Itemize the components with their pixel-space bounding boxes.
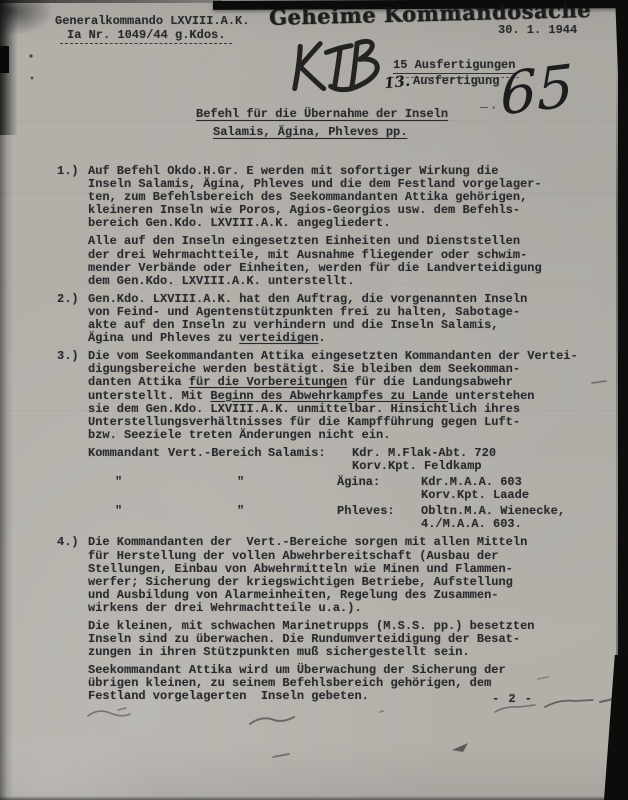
text-line: wirkens der drei Wehrmachtteile u.a.). bbox=[88, 602, 572, 615]
commander-name: Korv.Kpt. Laade bbox=[421, 489, 572, 502]
text-run: für die Vorbereitungen bbox=[189, 375, 347, 389]
table-cell: " bbox=[88, 505, 195, 531]
paragraph: 2.)Gen.Kdo. LXVIII.A.K. hat den Auftrag,… bbox=[57, 293, 572, 345]
paragraph: 3.)Die vom Seekommandanten Attika einges… bbox=[57, 350, 572, 531]
page-number: - 2 - bbox=[492, 693, 533, 706]
scan-edge-right-bottom bbox=[604, 655, 628, 800]
text-run: Gen.Kdo. LXVIII.A.K. hat den Auftrag, di… bbox=[88, 292, 527, 306]
scan-edge-right-top bbox=[611, 0, 628, 92]
archive-number-handwritten: 65 bbox=[500, 51, 574, 128]
text-block: Die vom Seekommandanten Attika eingesetz… bbox=[88, 350, 572, 442]
text-block: Die kleinen, mit schwachen Marinetrupps … bbox=[88, 620, 572, 659]
table-cell: " bbox=[88, 476, 195, 502]
paragraph-number: 4.) bbox=[57, 536, 79, 549]
table-cell: " bbox=[195, 476, 337, 502]
paper-crease bbox=[0, 410, 628, 413]
text-run: verteidigen bbox=[239, 331, 318, 345]
text-run: werfer; Sicherung der kriegswichtigen Be… bbox=[88, 575, 513, 589]
table-cell: Ägina: bbox=[337, 476, 421, 502]
file-reference: Ia Nr. 1049/44 g.Kdos. bbox=[60, 29, 232, 44]
text-line: bzw. Seeziele treten Änderungen nicht ei… bbox=[88, 429, 572, 442]
paragraph-number: 1.) bbox=[57, 165, 79, 178]
commander-table: KommandantVert.-BereichSalamis:Kdr. M.Fl… bbox=[88, 447, 572, 532]
text-run: Festland vorgelagerten Inseln gebeten. bbox=[88, 689, 369, 703]
text-run: Ägina und Phleves zu bbox=[88, 331, 239, 345]
text-run: danten Attika bbox=[88, 375, 189, 389]
text-block: Auf Befehl Okdo.H.Gr. E werden mit sofor… bbox=[88, 165, 572, 230]
table-cell: Phleves: bbox=[337, 505, 421, 531]
text-run: Beginn des Abwehrkampfes zu Lande bbox=[210, 389, 448, 403]
text-run: Die kleinen, mit schwachen Marinetrupps … bbox=[88, 619, 534, 633]
copies-count-line: 15 Ausfertigungen bbox=[393, 59, 515, 74]
text-run: Stellungen, Einbau von Abwehrmitteln wie… bbox=[88, 562, 513, 576]
text-block: Die Kommandanten der Vert.-Bereiche sorg… bbox=[88, 536, 572, 615]
text-run: akte auf den Inseln zu verhindern und di… bbox=[88, 318, 498, 332]
paragraph: 4.)Die Kommandanten der Vert.-Bereiche s… bbox=[57, 536, 572, 703]
commander-name: Korv.Kpt. Feldkamp bbox=[352, 460, 572, 473]
text-run: Alle auf den Inseln eingesetzten Einheit… bbox=[88, 234, 520, 248]
text-line: Ägina und Phleves zu verteidigen. bbox=[88, 332, 572, 345]
table-cell: " bbox=[195, 505, 337, 531]
scanned-document-page: Generalkommando LXVIII.A.K. Ia Nr. 1049/… bbox=[0, 0, 628, 800]
text-run: Die Kommandanten der Vert.-Bereiche sorg… bbox=[88, 535, 527, 549]
document-body: 1.)Auf Befehl Okdo.H.Gr. E werden mit so… bbox=[57, 165, 572, 704]
text-run: der drei Wehrmachtteile, mit Ausnahme fl… bbox=[88, 248, 527, 262]
scan-notch bbox=[0, 46, 9, 73]
table-cell: Kdr.M.A.A. 603Korv.Kpt. Laade bbox=[421, 476, 572, 502]
text-run: und Ausbildung von Alarmeinheiten, Regel… bbox=[88, 588, 498, 602]
commander-row: ""Ägina:Kdr.M.A.A. 603Korv.Kpt. Laade bbox=[88, 476, 572, 502]
text-run: wirkens der drei Wehrmachtteile u.a.). bbox=[88, 601, 362, 615]
text-block: Alle auf den Inseln eingesetzten Einheit… bbox=[88, 235, 572, 287]
order-title-line2: Salamis, Ägina, Phleves pp. bbox=[213, 126, 407, 139]
scan-edge-bottom bbox=[0, 796, 628, 800]
text-run: bereich Gen.Kdo. LXVIII.A.K. angeglieder… bbox=[88, 216, 390, 230]
text-run: zungen in ihren Stützpunkten muß sicherg… bbox=[88, 645, 470, 659]
table-cell: Kdr. M.Flak-Abt. 720Korv.Kpt. Feldkamp bbox=[352, 447, 572, 473]
text-run: unterstellt. Mit bbox=[88, 389, 210, 403]
text-run: unterstehen bbox=[448, 389, 534, 403]
text-run: für die Landungsabwehr bbox=[347, 375, 513, 389]
text-run: für Herstellung der vollen Abwehrbereits… bbox=[88, 549, 498, 563]
issuing-unit: Generalkommando LXVIII.A.K. bbox=[55, 15, 249, 28]
text-run: Unterstellungsverhältnisses für die Kamp… bbox=[88, 415, 520, 429]
copy-word: Ausfertigung bbox=[413, 75, 499, 88]
table-cell: Kommandant bbox=[88, 447, 168, 473]
paper-stain bbox=[0, 725, 160, 800]
commander-row: ""Phleves:Obltn.M.A. Wienecke,4./M.A.A. … bbox=[88, 505, 572, 531]
paragraph: 1.)Auf Befehl Okdo.H.Gr. E werden mit so… bbox=[57, 165, 572, 288]
archive-dash-mark: —· bbox=[480, 100, 500, 115]
text-run: von Feind- und Agentenstützpunkten frei … bbox=[88, 305, 520, 319]
text-run: mender Verbände oder Einheiten, werden f… bbox=[88, 261, 542, 275]
paragraph-number: 2.) bbox=[57, 293, 79, 306]
table-cell: Obltn.M.A. Wienecke,4./M.A.A. 603. bbox=[421, 505, 572, 531]
commander-unit: Kdr. M.Flak-Abt. 720 bbox=[352, 447, 572, 460]
paper-crease bbox=[0, 284, 628, 287]
text-line: bereich Gen.Kdo. LXVIII.A.K. angeglieder… bbox=[88, 217, 572, 230]
text-run: sie dem Gen.Kdo. LXVIII.A.K. unmittelbar… bbox=[88, 402, 520, 416]
text-block: Gen.Kdo. LXVIII.A.K. hat den Auftrag, di… bbox=[88, 293, 572, 345]
text-run: Auf Befehl Okdo.H.Gr. E werden mit sofor… bbox=[88, 164, 498, 178]
text-run: Inseln sind zu überwachen. Die Rundumver… bbox=[88, 632, 520, 646]
ktb-marker-strokes bbox=[285, 34, 395, 96]
commander-row: KommandantVert.-BereichSalamis:Kdr. M.Fl… bbox=[88, 447, 572, 473]
text-line: zungen in ihren Stützpunkten muß sicherg… bbox=[88, 646, 572, 659]
scan-corner-shadow bbox=[0, 0, 54, 36]
text-run: . bbox=[318, 331, 325, 345]
table-cell: Vert.-Bereich bbox=[168, 447, 268, 473]
document-date: 30. 1. 1944 bbox=[498, 24, 577, 37]
table-cell: Salamis: bbox=[268, 447, 352, 473]
text-run: bzw. Seeziele treten Änderungen nicht ei… bbox=[88, 428, 390, 442]
ktb-handwritten-annotation bbox=[285, 34, 395, 101]
paper-crease bbox=[0, 192, 628, 195]
paragraph-number: 3.) bbox=[57, 350, 79, 363]
text-run: Inseln Salamis, Ägina, Phleves und die d… bbox=[88, 177, 542, 191]
commander-name: 4./M.A.A. 603. bbox=[421, 518, 572, 531]
